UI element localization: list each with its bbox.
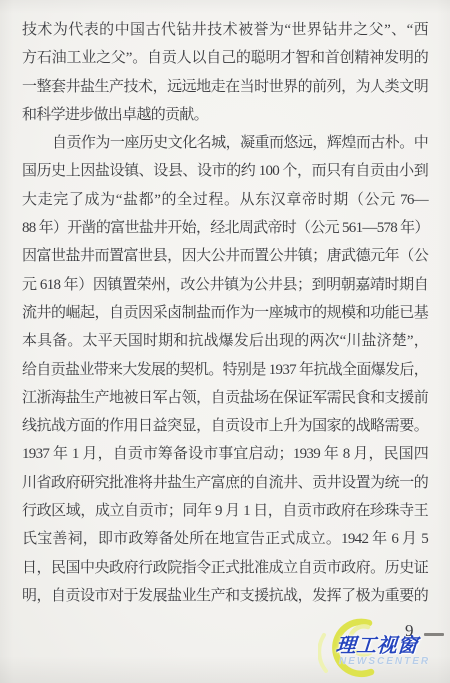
- text-line: 一整套井盐生产技术，远远地走在当时世界的前列，为人类文明: [22, 73, 428, 101]
- page-number: 9: [405, 621, 414, 641]
- text-line: 1937 年 1 月，自贡市筹备设市事宜启动；1939 年 8 月，民国四: [22, 440, 428, 468]
- text-line: 线抗战方面的作用日益突显，自贡设市上升为国家的战略需要。: [22, 412, 428, 440]
- text-line: 本具备。太平天国时期和抗战爆发后出现的两次“川盐济楚”，: [22, 327, 428, 355]
- text-line: 技术为代表的中国古代钻井技术被誉为“世界钻井之父”、“西: [22, 16, 428, 44]
- scanned-document-page: 技术为代表的中国古代钻井技术被誉为“世界钻井之父”、“西 方石油工业之父”。自贡…: [0, 0, 450, 683]
- publisher-watermark: 理工视窗 NEWSCENTER: [318, 613, 450, 683]
- text-line: 江浙海盐生产地被日军占领，自贡盐场在保证军需民食和支援前: [22, 384, 428, 412]
- text-line: 氏宝善祠，即市政筹备处所在地宣告正式成立。1942 年 6 月 5: [22, 525, 428, 553]
- page-number-dash: [424, 633, 444, 636]
- text-line: 和科学进步做出卓越的贡献。: [22, 101, 428, 129]
- text-line: 元 618 年）因镇置荣州，改公井镇为公井县；到明朝嘉靖时期自: [22, 271, 428, 299]
- text-line: 日，民国中央政府行政院指令正式批准成立自贡市政府。历史证: [22, 554, 428, 582]
- text-line: 因富世盐井而置富世县，因大公井而置公井镇；唐武德元年（公: [22, 242, 428, 270]
- text-line: 行政区域，成立自贡市；同年 9 月 1 日，自贡市政府在珍珠寺王: [22, 497, 428, 525]
- watermark-subtitle: NEWSCENTER: [339, 656, 430, 667]
- text-line: 明，自贡设市对于发展盐业生产和支援抗战，发挥了极为重要的: [22, 582, 428, 610]
- text-line: 大走完了成为“盐都”的全过程。从东汉章帝时期（公元 76—: [22, 186, 428, 214]
- text-line: 流井的崛起，自贡因采卤制盐而作为一座城市的规模和功能已基: [22, 299, 428, 327]
- text-line: 川省政府研究批准将井盐生产富庶的自流井、贡井设置为统一的: [22, 469, 428, 497]
- text-line: 给自贡盐业带来大发展的契机。特别是 1937 年抗战全面爆发后，: [22, 356, 428, 384]
- body-text: 技术为代表的中国古代钻井技术被誉为“世界钻井之父”、“西 方石油工业之父”。自贡…: [22, 16, 428, 610]
- text-line: 88 年）开凿的富世盐井开始，经北周武帝时（公元 561—578 年）: [22, 214, 428, 242]
- text-line: 方石油工业之父”。自贡人以自己的聪明才智和首创精神发明的: [22, 44, 428, 72]
- text-line: 自贡作为一座历史文化名城，凝重而悠远，辉煌而古朴。中: [22, 129, 428, 157]
- text-line: 国历史上因盐设镇、设县、设市的约 100 个，而只有自贡由小到: [22, 157, 428, 185]
